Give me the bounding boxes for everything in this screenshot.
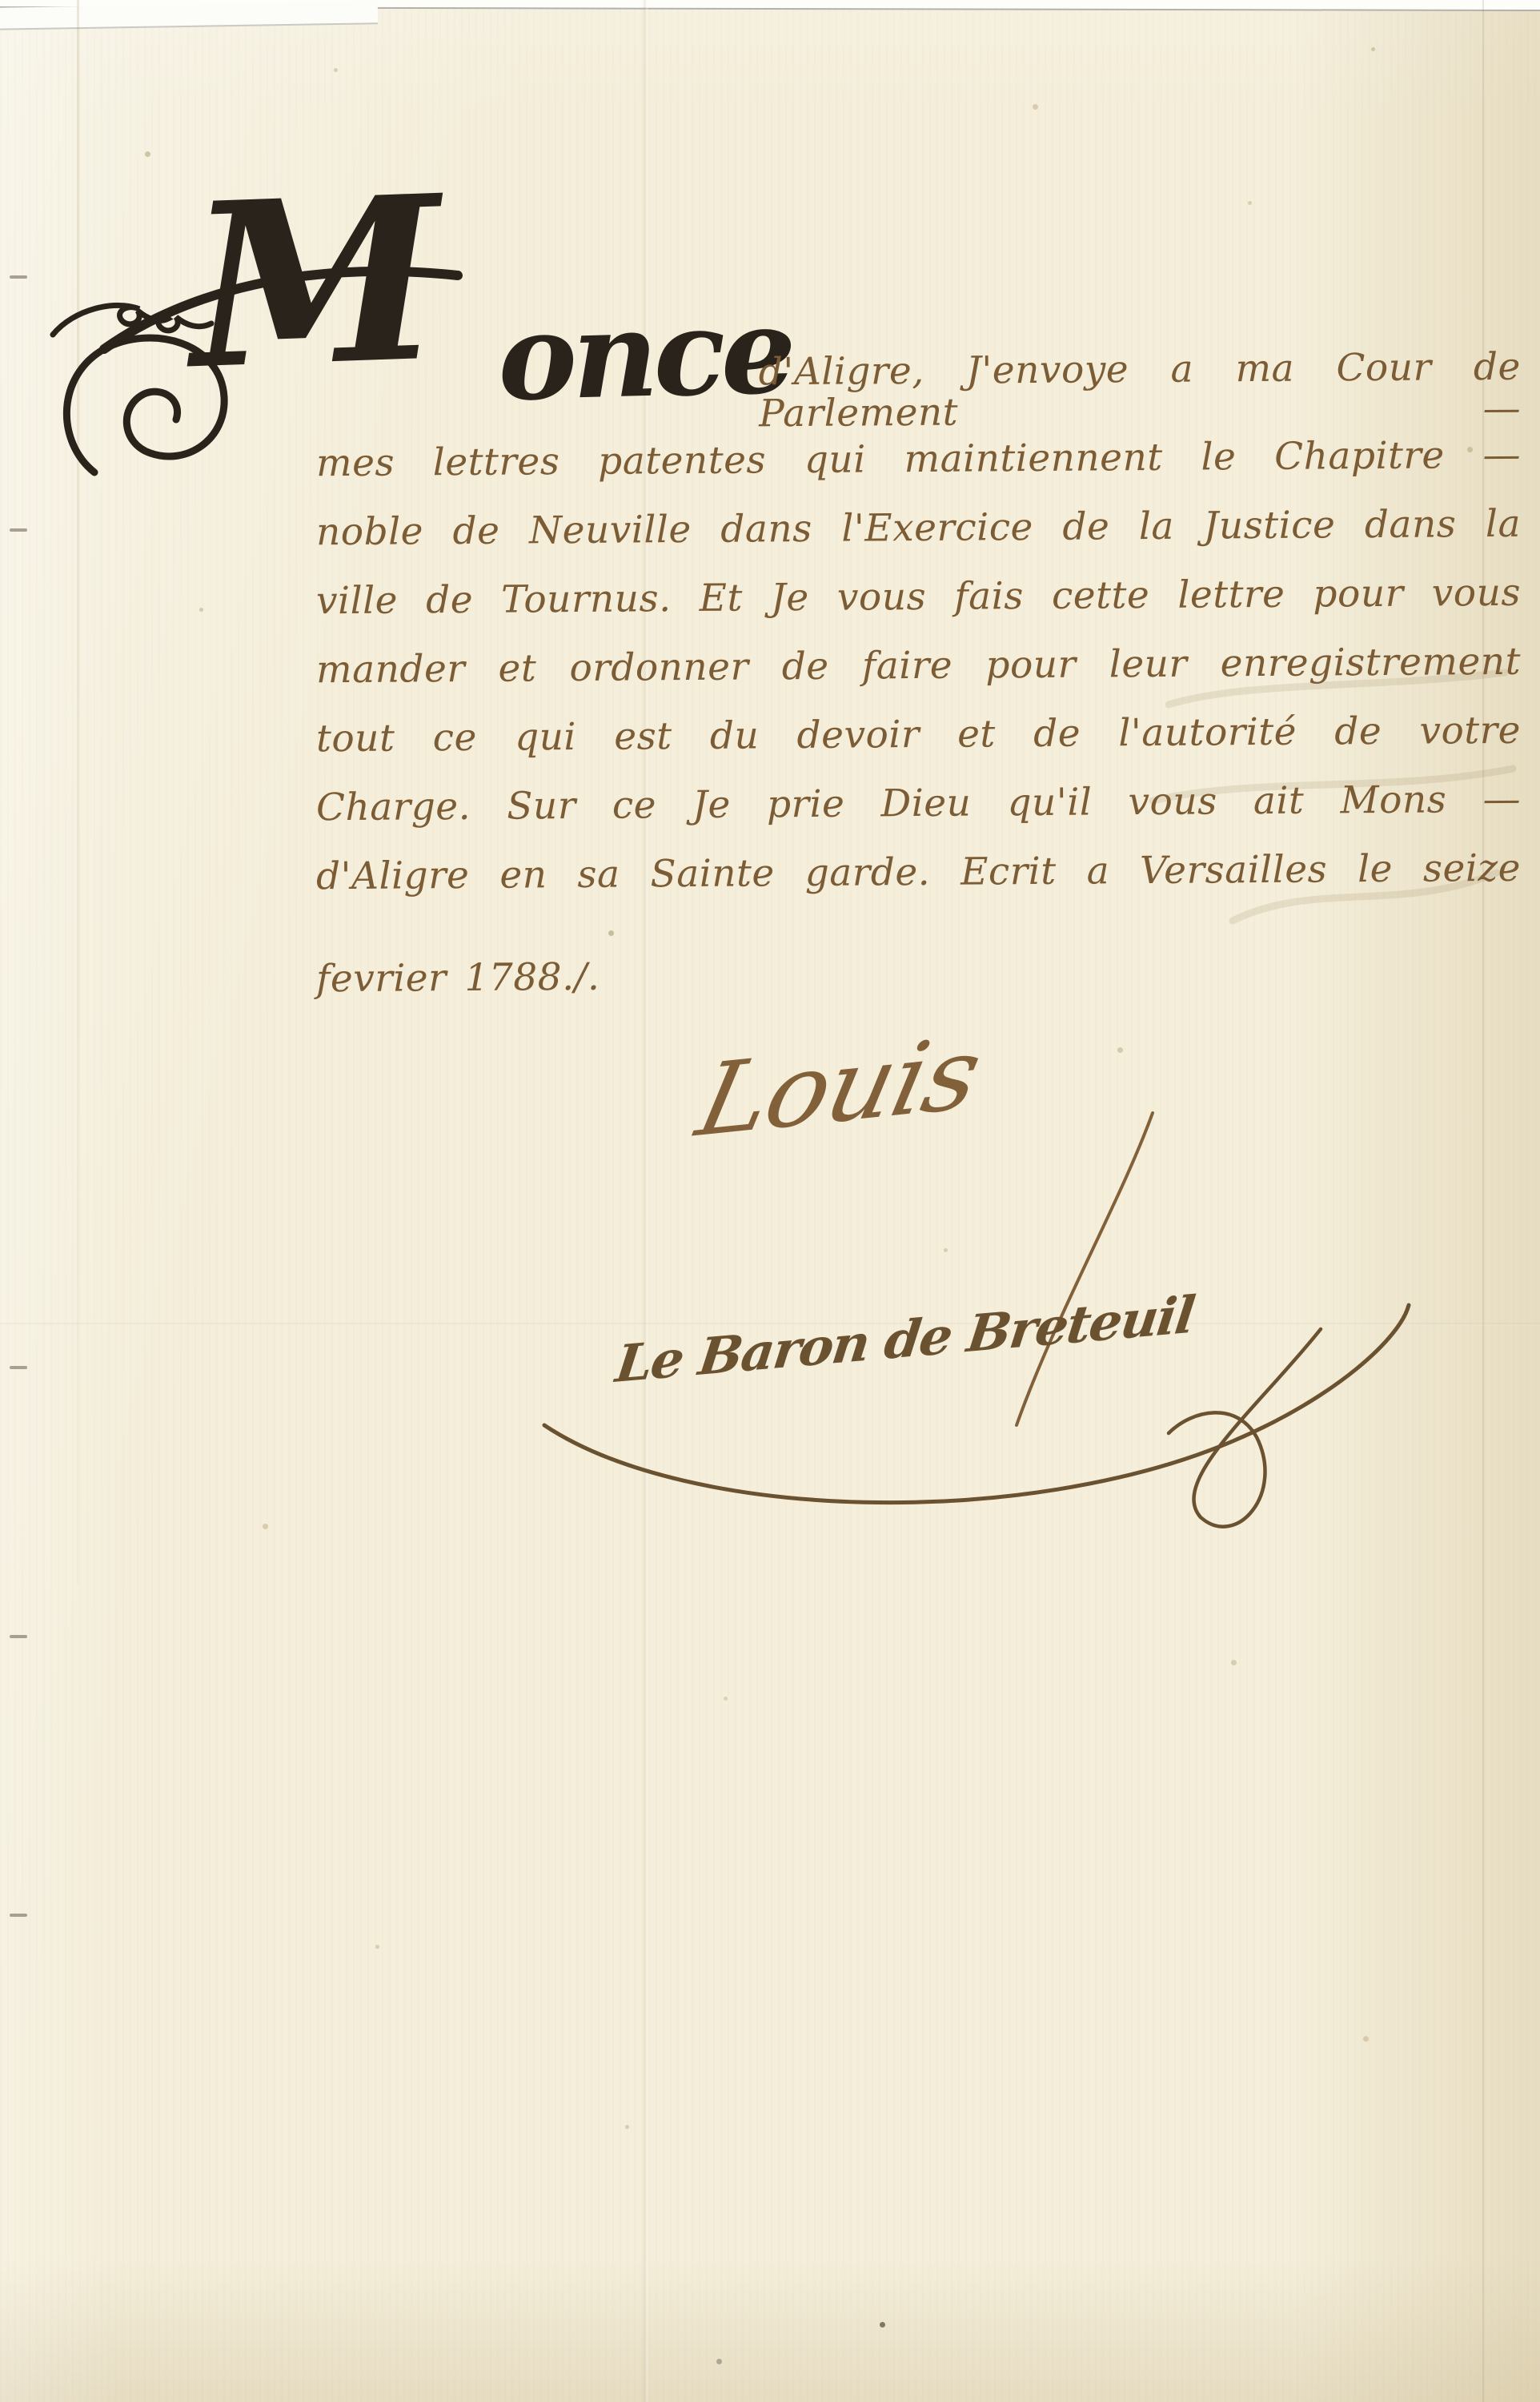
ink-show-through xyxy=(1137,657,1537,993)
letter-line: Charge. Sur ce Je prie Dieu qu'il vous a… xyxy=(316,779,1521,829)
letter-line: d'Aligre en sa Sainte garde. Ecrit a Ver… xyxy=(316,848,1521,898)
signature-pen-stroke xyxy=(985,1105,1193,1441)
scanned-letter-page: M once d'Aligre, J'envoye a ma Cour de P… xyxy=(0,0,1540,2402)
countersignature: Le Baron de Breteuil xyxy=(613,1290,1197,1391)
edge-mark xyxy=(10,1635,27,1638)
letter-line: noble de Neuville dans l'Exercice de la … xyxy=(316,504,1521,553)
letter-line: mander et ordonner de faire pour leur en… xyxy=(316,641,1521,691)
edge-mark xyxy=(10,1914,27,1917)
edge-mark xyxy=(10,528,27,532)
paper-specks xyxy=(0,0,2,2)
paper-top-edge-tear xyxy=(0,2,378,30)
letter-line: tout ce qui est du devoir et de l'autori… xyxy=(316,710,1521,760)
salutation-initial: M xyxy=(186,166,436,400)
edge-mark xyxy=(10,1366,27,1369)
letter-dateline: fevrier 1788./. xyxy=(316,957,600,1000)
salutation-rest: once xyxy=(496,291,792,417)
letter-line: mes lettres patentes qui maintiennent le… xyxy=(316,435,1521,484)
letter-line: ville de Tournus. Et Je vous fais cette … xyxy=(316,572,1521,622)
fold-crease-vertical-left xyxy=(77,0,79,1585)
royal-signature: Louis xyxy=(689,1023,988,1151)
letter-line: d'Aligre, J'envoye a ma Cour de Parlemen… xyxy=(759,347,1522,435)
edge-mark xyxy=(10,275,27,279)
